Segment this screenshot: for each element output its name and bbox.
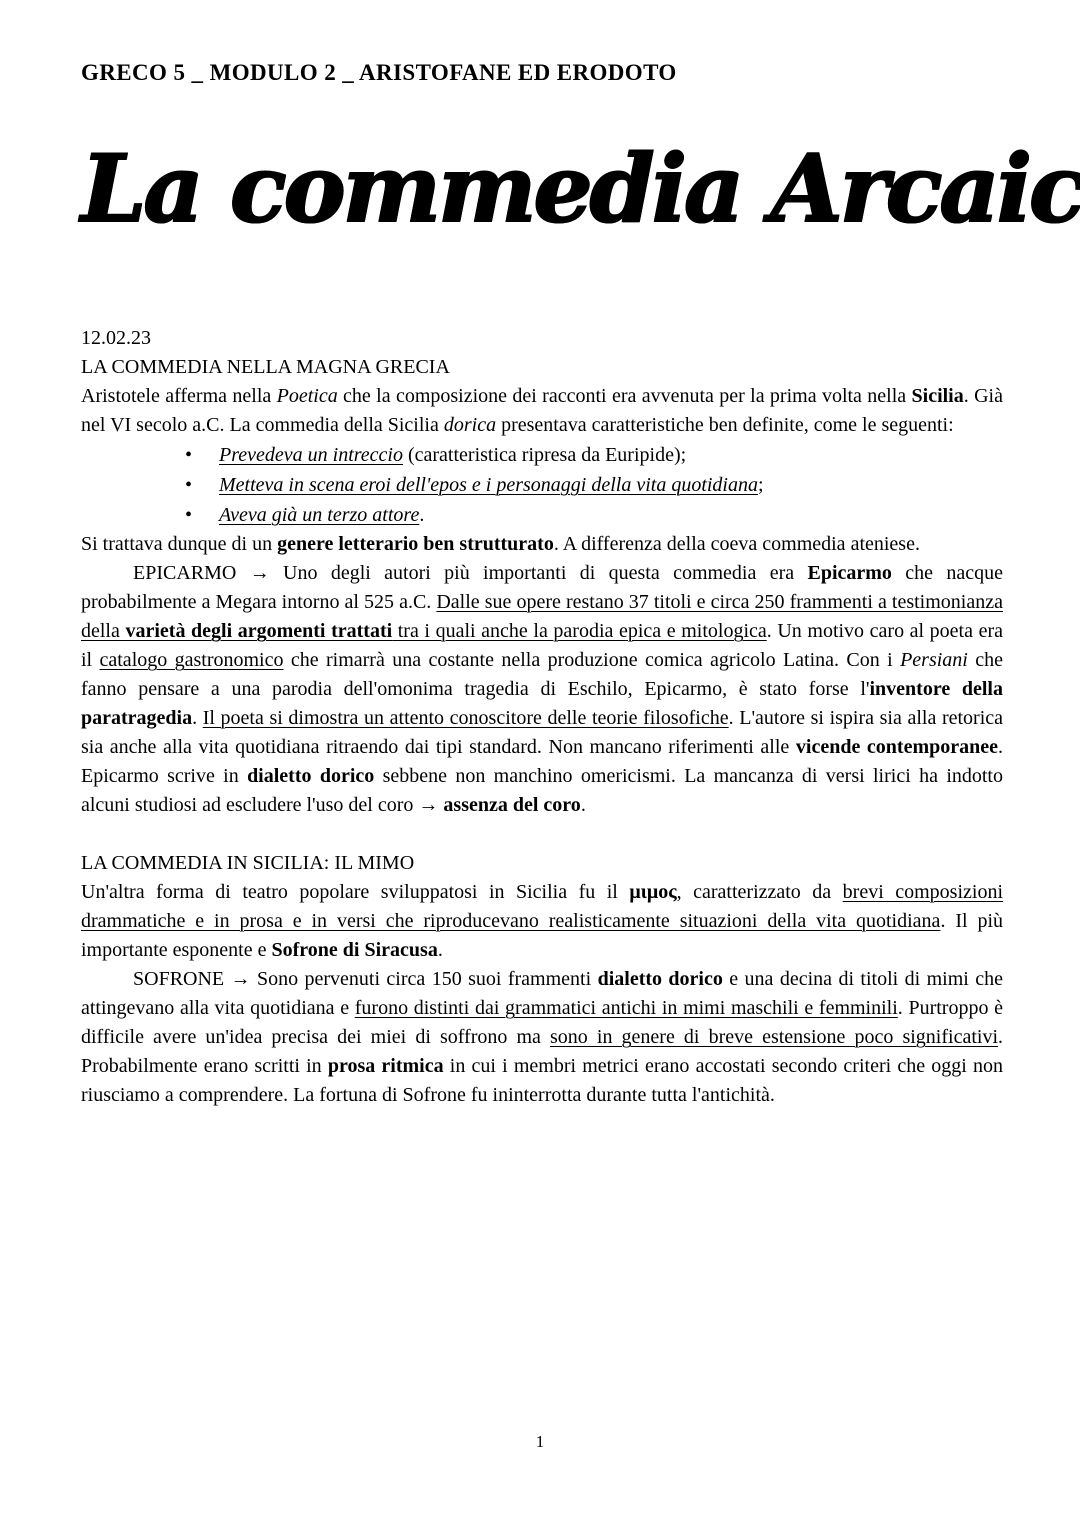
section-heading-mimo: LA COMMEDIA IN SICILIA: IL MIMO bbox=[81, 849, 1003, 878]
blank-line bbox=[81, 820, 1003, 849]
paragraph-mimo: Un'altra forma di teatro popolare svilup… bbox=[81, 878, 1003, 965]
paragraph-conclusion: Si trattava dunque di un genere letterar… bbox=[81, 530, 1003, 559]
document-body: 12.02.23 LA COMMEDIA NELLA MAGNA GRECIA … bbox=[81, 324, 1003, 1110]
course-header: GRECO 5 _ MODULO 2 _ ARISTOFANE ED ERODO… bbox=[81, 60, 1003, 86]
bullet-item-terzo-attore: Aveva già un terzo attore. bbox=[185, 500, 1003, 530]
paragraph-sofrone: SOFRONE → Sono pervenuti circa 150 suoi … bbox=[81, 965, 1003, 1110]
page-number: 1 bbox=[0, 1432, 1080, 1452]
bullet-item-intreccio: Prevedeva un intreccio (caratteristica r… bbox=[185, 440, 1003, 470]
document-page: GRECO 5 _ MODULO 2 _ ARISTOFANE ED ERODO… bbox=[0, 0, 1080, 1525]
date-line: 12.02.23 bbox=[81, 324, 1003, 353]
paragraph-epicarmo: EPICARMO → Uno degli autori più importan… bbox=[81, 559, 1003, 820]
section-heading-magna-grecia: LA COMMEDIA NELLA MAGNA GRECIA bbox=[81, 353, 1003, 382]
bullet-item-eroi-epos: Metteva in scena eroi dell'epos e i pers… bbox=[185, 470, 1003, 500]
bullet-list: Prevedeva un intreccio (caratteristica r… bbox=[81, 440, 1003, 530]
paragraph-intro: Aristotele afferma nella Poetica che la … bbox=[81, 382, 1003, 440]
document-title: La commedia Arcaica bbox=[81, 110, 1080, 268]
